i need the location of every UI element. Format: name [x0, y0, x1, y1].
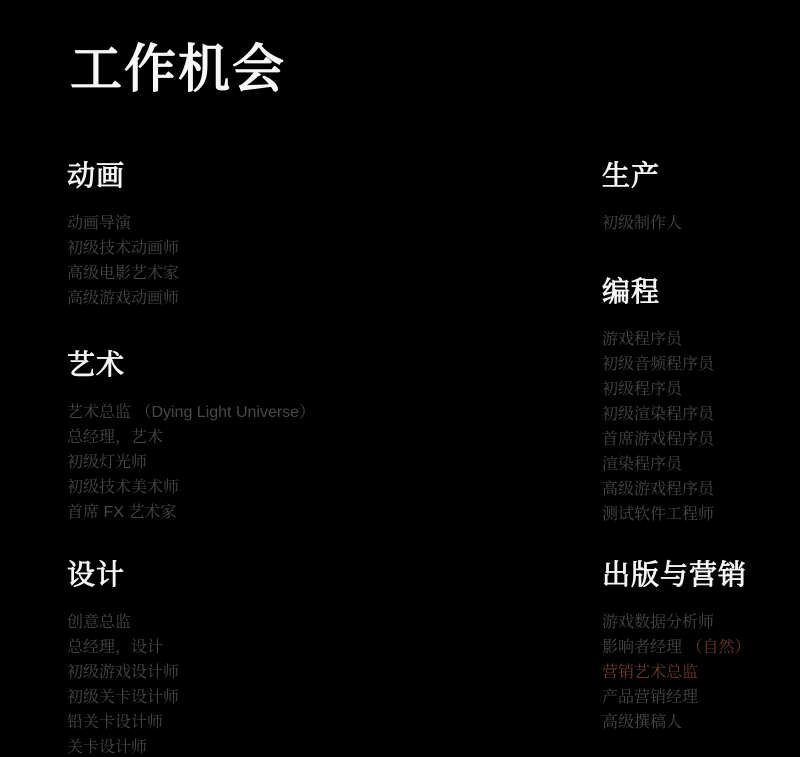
job-list: 动画导演 初级技术动画师 高级电影艺术家 高级游戏动画师 [67, 211, 179, 311]
job-link[interactable]: 首席游戏程序员 [602, 427, 714, 452]
job-link[interactable]: 营销艺术总监 [602, 660, 750, 685]
page-title: 工作机会 [70, 42, 286, 98]
job-link-suffix: （自然） [686, 639, 750, 656]
job-link[interactable]: 艺术总监 （Dying Light Universe） [67, 400, 315, 425]
job-link[interactable]: 首席 FX 艺术家 [67, 500, 315, 525]
job-link[interactable]: 高级电影艺术家 [67, 261, 179, 286]
job-link[interactable]: 渲染程序员 [602, 452, 714, 477]
job-link[interactable]: 初级灯光师 [67, 450, 315, 475]
job-link[interactable]: 总经理，设计 [67, 635, 179, 660]
job-section-publishing-marketing: 出版与营销 游戏数据分析师 影响者经理 （自然） 营销艺术总监 产品营销经理 高… [602, 559, 750, 735]
job-link[interactable]: 高级撰稿人 [602, 710, 750, 735]
section-heading: 动画 [67, 160, 179, 192]
job-section-programming: 编程 游戏程序员 初级音频程序员 初级程序员 初级渲染程序员 首席游戏程序员 渲… [602, 276, 714, 527]
job-list: 初级制作人 [602, 211, 682, 236]
job-link[interactable]: 创意总监 [67, 610, 179, 635]
job-link[interactable]: 总经理，艺术 [67, 425, 315, 450]
job-link[interactable]: 关卡设计师 [67, 735, 179, 757]
job-link-label: 影响者经理 [602, 639, 686, 656]
job-link[interactable]: 初级程序员 [602, 377, 714, 402]
job-link[interactable]: 产品营销经理 [602, 685, 750, 710]
job-link[interactable]: 影响者经理 （自然） [602, 635, 750, 660]
job-link[interactable]: 初级关卡设计师 [67, 685, 179, 710]
job-list: 游戏数据分析师 影响者经理 （自然） 营销艺术总监 产品营销经理 高级撰稿人 [602, 610, 750, 735]
job-link[interactable]: 测试软件工程师 [602, 502, 714, 527]
job-link[interactable]: 初级技术动画师 [67, 236, 179, 261]
job-link[interactable]: 游戏数据分析师 [602, 610, 750, 635]
job-link[interactable]: 初级游戏设计师 [67, 660, 179, 685]
job-section-animation: 动画 动画导演 初级技术动画师 高级电影艺术家 高级游戏动画师 [67, 160, 179, 311]
careers-page: 工作机会 动画 动画导演 初级技术动画师 高级电影艺术家 高级游戏动画师 艺术 … [0, 0, 800, 757]
job-list: 游戏程序员 初级音频程序员 初级程序员 初级渲染程序员 首席游戏程序员 渲染程序… [602, 327, 714, 527]
job-section-production: 生产 初级制作人 [602, 160, 682, 236]
job-link[interactable]: 铅关卡设计师 [67, 710, 179, 735]
job-list: 艺术总监 （Dying Light Universe） 总经理，艺术 初级灯光师… [67, 400, 315, 525]
job-link[interactable]: 初级技术美术师 [67, 475, 315, 500]
job-link[interactable]: 初级制作人 [602, 211, 682, 236]
job-link[interactable]: 高级游戏程序员 [602, 477, 714, 502]
job-link[interactable]: 动画导演 [67, 211, 179, 236]
job-link[interactable]: 初级渲染程序员 [602, 402, 714, 427]
job-link[interactable]: 初级音频程序员 [602, 352, 714, 377]
job-section-design: 设计 创意总监 总经理，设计 初级游戏设计师 初级关卡设计师 铅关卡设计师 关卡… [67, 559, 179, 757]
job-link[interactable]: 游戏程序员 [602, 327, 714, 352]
job-list: 创意总监 总经理，设计 初级游戏设计师 初级关卡设计师 铅关卡设计师 关卡设计师 [67, 610, 179, 757]
job-link[interactable]: 高级游戏动画师 [67, 286, 179, 311]
job-section-art: 艺术 艺术总监 （Dying Light Universe） 总经理，艺术 初级… [67, 349, 315, 525]
section-heading: 生产 [602, 160, 682, 192]
section-heading: 艺术 [67, 349, 315, 381]
section-heading: 设计 [67, 559, 179, 591]
section-heading: 出版与营销 [602, 559, 750, 591]
section-heading: 编程 [602, 276, 714, 308]
